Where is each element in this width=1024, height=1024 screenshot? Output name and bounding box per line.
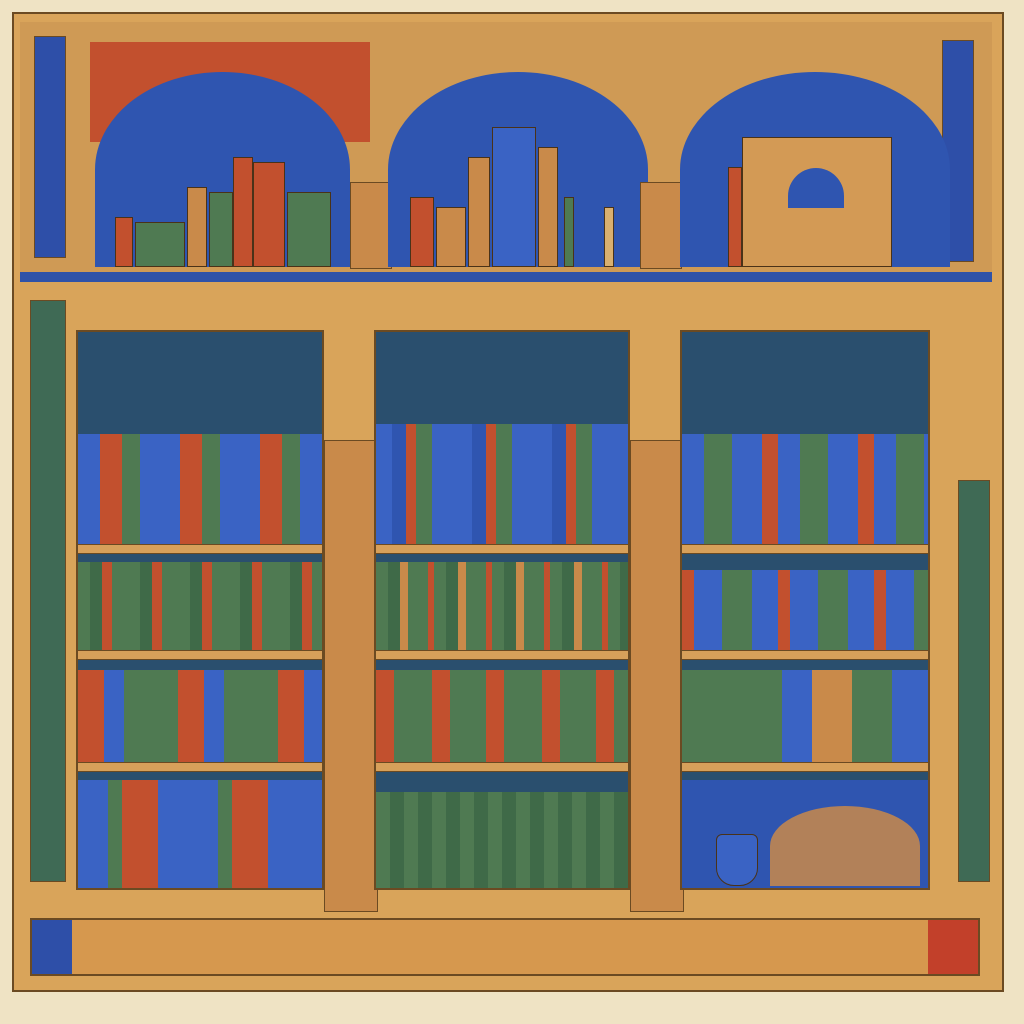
- right-vine-border: [958, 480, 990, 882]
- book: [233, 157, 253, 267]
- upper-arch-middle: [388, 72, 648, 267]
- tower: [538, 147, 558, 267]
- shelf: [682, 650, 928, 660]
- column-capital: [350, 182, 392, 269]
- upper-arch-right: [680, 72, 950, 267]
- upper-arcade: [20, 22, 992, 282]
- bookcase-bay-right: [680, 330, 930, 890]
- spire: [564, 197, 574, 267]
- book-row: [376, 424, 628, 544]
- book-row: [78, 670, 322, 762]
- bookcase-bay-middle: [374, 330, 630, 890]
- gilded-arches: [770, 806, 920, 886]
- book: [287, 192, 331, 267]
- book: [253, 162, 285, 267]
- column: [324, 440, 378, 912]
- shrine: [742, 137, 892, 267]
- candle: [728, 167, 742, 267]
- book-row: [376, 562, 628, 650]
- shelf: [376, 544, 628, 554]
- left-blue-pilaster: [34, 36, 66, 258]
- blue-spire: [492, 127, 536, 267]
- shelf: [682, 544, 928, 554]
- book: [187, 187, 207, 267]
- column: [630, 440, 684, 912]
- shelf: [376, 762, 628, 772]
- book-row: [78, 562, 322, 650]
- column-capital: [640, 182, 682, 269]
- book-row: [682, 434, 928, 544]
- shelf: [682, 762, 928, 772]
- shrine-window: [788, 168, 844, 208]
- vase: [716, 834, 758, 886]
- shelf: [78, 650, 322, 660]
- book-row: [682, 570, 928, 650]
- shelf: [78, 544, 322, 554]
- book: [436, 207, 466, 267]
- book: [135, 222, 185, 267]
- book: [209, 192, 233, 267]
- book: [410, 197, 434, 267]
- foliate-frieze: [30, 918, 980, 976]
- book-row: [78, 780, 322, 890]
- book: [115, 217, 133, 267]
- shelf: [376, 650, 628, 660]
- tower: [468, 157, 490, 267]
- bookcase-bay-left: [76, 330, 324, 890]
- book-row: [682, 670, 928, 762]
- left-vine-border: [30, 300, 66, 882]
- book-row: [376, 792, 628, 890]
- spire: [604, 207, 614, 267]
- upper-arch-left: [95, 72, 350, 267]
- shelf: [78, 762, 322, 772]
- book-row: [376, 670, 628, 762]
- book-row: [78, 434, 322, 544]
- vase-niche: [682, 780, 928, 890]
